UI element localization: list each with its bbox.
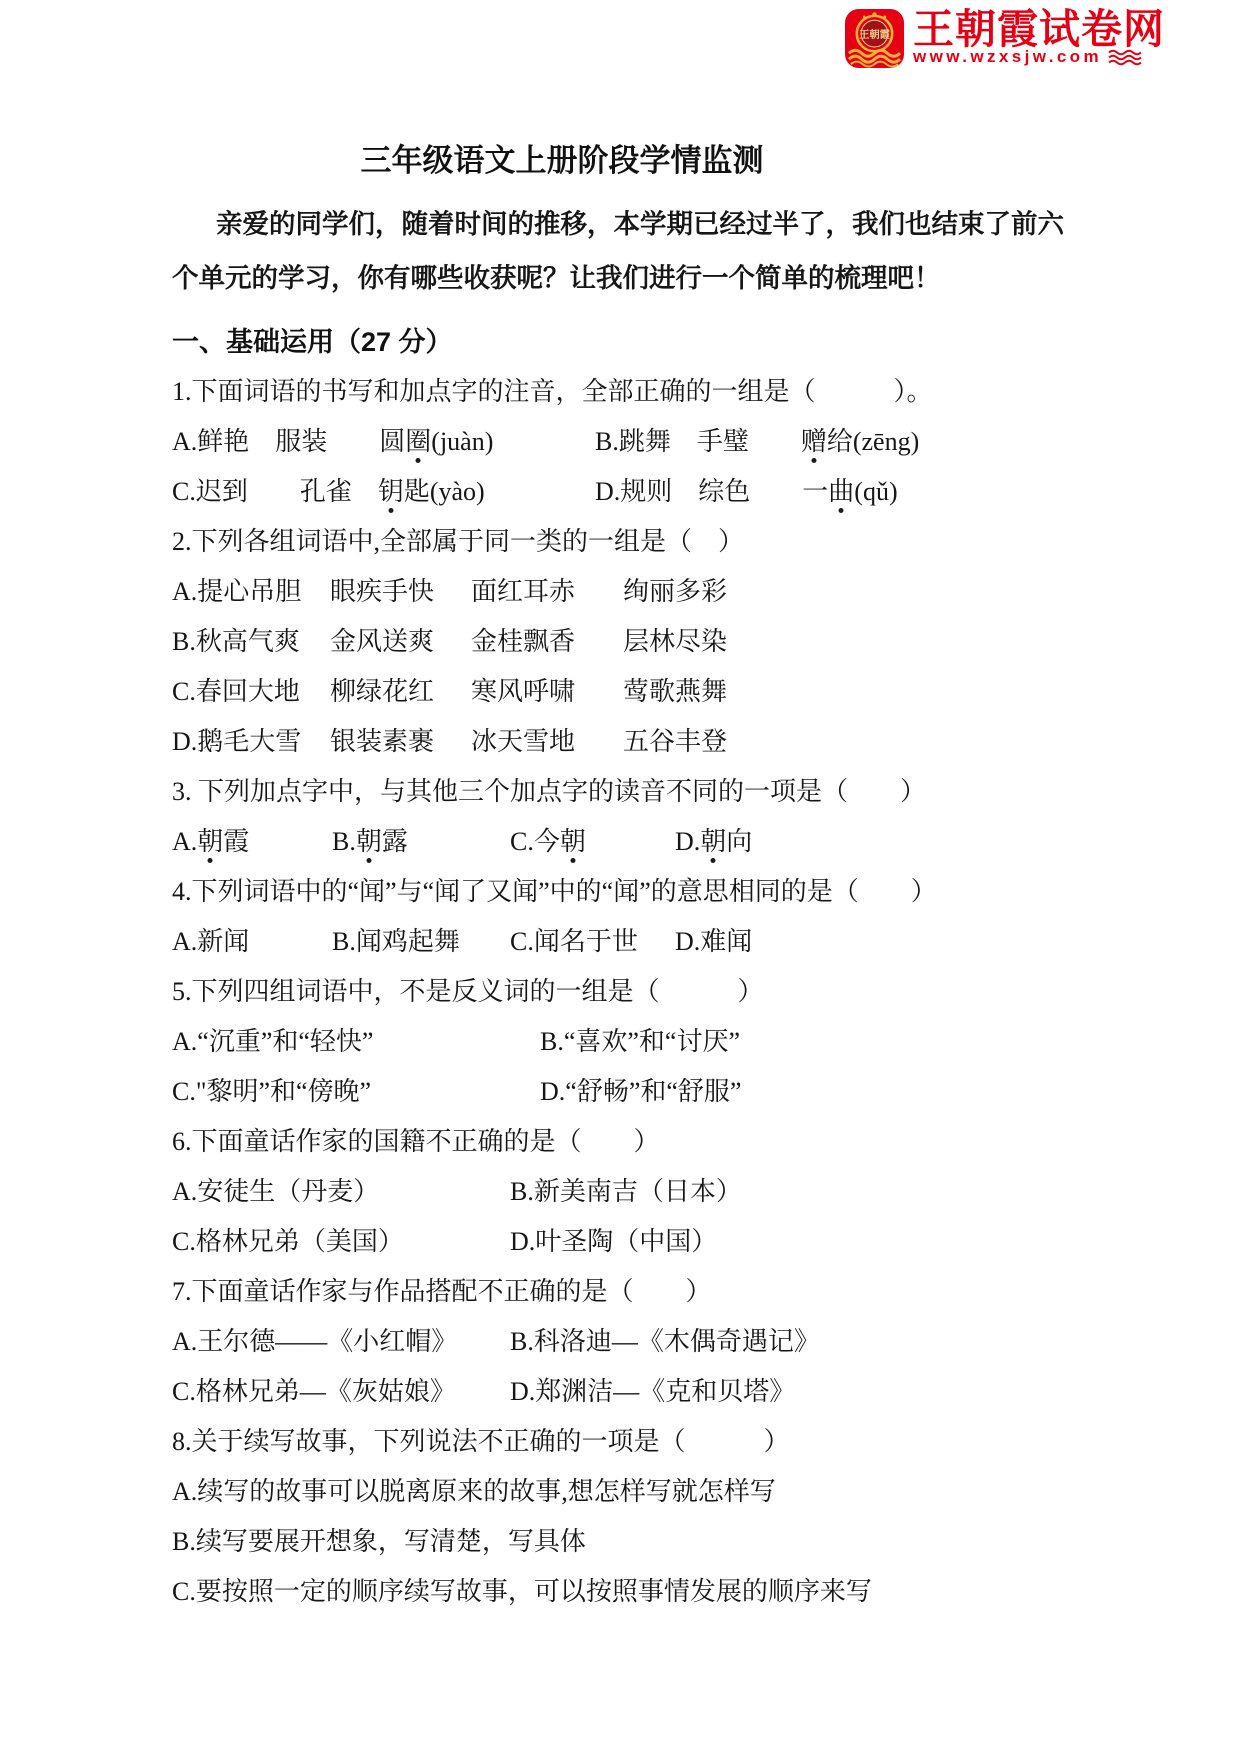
q1-option-b-dotted-char: 赠	[801, 428, 827, 457]
q1-option-d-pre: D.规则 综色 一	[595, 477, 828, 506]
q3-option-b: B.朝露	[332, 817, 510, 867]
q1-option-c: C.迟到 孔雀 钥匙(yào)	[172, 467, 595, 517]
q1-option-a-dotted-char: 圈	[405, 428, 431, 457]
q3-option-b-pre: B.	[332, 827, 356, 856]
brand-url-row: www.wzxsjw.com	[913, 47, 1165, 67]
q5-option-c: C."黎明”和“傍晚”	[172, 1067, 540, 1117]
q6-option-a: A.安徒生（丹麦）	[172, 1167, 510, 1217]
question-8-stem: 8.关于续写故事，下列说法不正确的一项是（ ）	[172, 1417, 1100, 1467]
q2-a-word-3: 面红耳赤	[471, 567, 623, 617]
q2-b-word-4: 层林尽染	[623, 617, 1100, 667]
q7-option-b: B.科洛迪—《木偶奇遇记》	[510, 1317, 1100, 1367]
exam-content: 三年级语文上册阶段学情监测 亲爱的同学们，随着时间的推移，本学期已经过半了，我们…	[172, 138, 1100, 1617]
q3-option-d-dotted-char: 朝	[700, 828, 726, 857]
doc-title: 三年级语文上册阶段学情监测	[172, 138, 952, 184]
q1-option-a-post: (juàn)	[431, 427, 493, 456]
q5-option-b: B.“喜欢”和“讨厌”	[540, 1017, 1100, 1067]
question-2-option-c: C.春回大地 柳绿花红 寒风呼啸 莺歌燕舞	[172, 667, 1100, 717]
q4-option-d: D.难闻	[675, 917, 1100, 967]
q1-option-c-pre: C.迟到 孔雀	[172, 477, 378, 506]
question-2-stem: 2.下列各组词语中,全部属于同一类的一组是（ ）	[172, 517, 1100, 567]
q4-option-a: A.新闻	[172, 917, 332, 967]
q7-option-c: C.格林兄弟—《灰姑娘》	[172, 1367, 510, 1417]
q6-option-d: D.叶圣陶（中国）	[510, 1217, 1100, 1267]
q1-option-c-dotted-char: 钥	[378, 478, 404, 507]
brand-name: 王朝霞试卷网	[913, 8, 1165, 50]
exam-page: 王朝霞 王朝霞试卷网 www.wzxsjw.com 三年级语文上册阶段学情监测 …	[0, 0, 1240, 1754]
question-7-options-row-1: A.王尔德——《小红帽》 B.科洛迪—《木偶奇遇记》	[172, 1317, 1100, 1367]
intro-line-1: 亲爱的同学们，随着时间的推移，本学期已经过半了，我们也结束了前六	[172, 205, 1100, 243]
question-1-options-row-2: C.迟到 孔雀 钥匙(yào) D.规则 综色 一曲(qǔ)	[172, 467, 1100, 517]
question-3-options-row: A.朝霞 B.朝露 C.今朝 D.朝向	[172, 817, 1100, 867]
q3-option-d: D.朝向	[675, 817, 1100, 867]
q5-option-a: A.“沉重”和“轻快”	[172, 1017, 540, 1067]
question-5-options-row-1: A.“沉重”和“轻快” B.“喜欢”和“讨厌”	[172, 1017, 1100, 1067]
q6-option-c: C.格林兄弟（美国）	[172, 1217, 510, 1267]
question-7-stem: 7.下面童话作家与作品搭配不正确的是（ ）	[172, 1267, 1100, 1317]
q3-option-d-post: 向	[726, 827, 752, 856]
q3-option-a-pre: A.	[172, 827, 197, 856]
q1-option-d-dotted-char: 曲	[828, 478, 854, 507]
q3-option-c: C.今朝	[510, 817, 675, 867]
q1-option-a-pre: A.鲜艳 服装 圆	[172, 427, 405, 456]
q3-option-b-dotted-char: 朝	[356, 828, 382, 857]
q2-d-word-1: D.鹅毛大雪	[172, 717, 330, 767]
q2-d-word-3: 冰天雪地	[471, 717, 623, 767]
question-5-stem: 5.下列四组词语中，不是反义词的一组是（ ）	[172, 967, 1100, 1017]
q2-b-word-3: 金桂飘香	[471, 617, 623, 667]
brand-url: www.wzxsjw.com	[913, 47, 1102, 67]
question-5-options-row-2: C."黎明”和“傍晚” D.“舒畅”和“舒服”	[172, 1067, 1100, 1117]
q1-option-b-pre: B.跳舞 手璧	[595, 427, 801, 456]
q2-b-word-2: 金风送爽	[330, 617, 471, 667]
question-8-option-a: A.续写的故事可以脱离原来的故事,想怎样写就怎样写	[172, 1467, 1100, 1517]
question-6-options-row-1: A.安徒生（丹麦） B.新美南吉（日本）	[172, 1167, 1100, 1217]
brand-logo: 王朝霞 王朝霞试卷网 www.wzxsjw.com	[844, 8, 1165, 69]
section-heading: 一、基础运用（27 分）	[172, 323, 1100, 361]
q2-c-word-1: C.春回大地	[172, 667, 330, 717]
q7-option-d: D.郑渊洁—《克和贝塔》	[510, 1367, 1100, 1417]
q1-option-b-post: 给(zēng)	[827, 427, 919, 456]
intro-line-2: 个单元的学习，你有哪些收获呢？让我们进行一个简单的梳理吧！	[172, 259, 1100, 297]
question-3-stem: 3. 下列加点字中，与其他三个加点字的读音不同的一项是（ ）	[172, 767, 1100, 817]
q2-c-word-3: 寒风呼啸	[471, 667, 623, 717]
q2-d-word-4: 五谷丰登	[623, 717, 1100, 767]
q1-option-c-post: 匙(yào)	[404, 477, 485, 506]
q2-a-word-1: A.提心吊胆	[172, 567, 330, 617]
q2-c-word-2: 柳绿花红	[330, 667, 471, 717]
q2-b-word-1: B.秋高气爽	[172, 617, 330, 667]
question-7-options-row-2: C.格林兄弟—《灰姑娘》 D.郑渊洁—《克和贝塔》	[172, 1367, 1100, 1417]
question-list: 1.下面词语的书写和加点字的注音，全部正确的一组是（ ）。 A.鲜艳 服装 圆圈…	[172, 367, 1100, 1617]
q3-option-a: A.朝霞	[172, 817, 332, 867]
brand-badge-icon: 王朝霞	[844, 8, 905, 69]
q2-a-word-4: 绚丽多彩	[623, 567, 1100, 617]
question-2-option-a: A.提心吊胆 眼疾手快 面红耳赤 绚丽多彩	[172, 567, 1100, 617]
question-2-option-d: D.鹅毛大雪 银装素裹 冰天雪地 五谷丰登	[172, 717, 1100, 767]
q1-option-a: A.鲜艳 服装 圆圈(juàn)	[172, 417, 595, 467]
question-6-stem: 6.下面童话作家的国籍不正确的是（ ）	[172, 1117, 1100, 1167]
q2-a-word-2: 眼疾手快	[330, 567, 471, 617]
q1-option-b: B.跳舞 手璧 赠给(zēng)	[595, 417, 1100, 467]
q2-d-word-2: 银装素裹	[330, 717, 471, 767]
q3-option-a-post: 霞	[223, 827, 249, 856]
question-1-stem: 1.下面词语的书写和加点字的注音，全部正确的一组是（ ）。	[172, 367, 1100, 417]
question-4-stem: 4.下列词语中的“闻”与“闻了又闻”中的“闻”的意思相同的是（ ）	[172, 867, 1100, 917]
q3-option-d-pre: D.	[675, 827, 700, 856]
q6-option-b: B.新美南吉（日本）	[510, 1167, 1100, 1217]
brand-badge-text: 王朝霞	[859, 28, 891, 41]
q3-option-a-dotted-char: 朝	[197, 828, 223, 857]
question-1-options-row-1: A.鲜艳 服装 圆圈(juàn) B.跳舞 手璧 赠给(zēng)	[172, 417, 1100, 467]
q3-option-c-dotted-char: 朝	[560, 828, 586, 857]
q1-option-d-post: (qǔ)	[854, 477, 897, 506]
question-8-option-c: C.要按照一定的顺序续写故事，可以按照事情发展的顺序来写	[172, 1567, 1100, 1617]
q4-option-c: C.闻名于世	[510, 917, 675, 967]
url-waves-icon	[1107, 48, 1143, 66]
q3-option-c-pre: C.今	[510, 827, 560, 856]
question-8-option-b: B.续写要展开想象，写清楚，写具体	[172, 1517, 1100, 1567]
q2-c-word-4: 莺歌燕舞	[623, 667, 1100, 717]
q4-option-b: B.闻鸡起舞	[332, 917, 510, 967]
question-2-option-b: B.秋高气爽 金风送爽 金桂飘香 层林尽染	[172, 617, 1100, 667]
q3-option-b-post: 露	[382, 827, 408, 856]
q5-option-d: D.“舒畅”和“舒服”	[540, 1067, 1100, 1117]
question-6-options-row-2: C.格林兄弟（美国） D.叶圣陶（中国）	[172, 1217, 1100, 1267]
question-4-options-row: A.新闻 B.闻鸡起舞 C.闻名于世 D.难闻	[172, 917, 1100, 967]
brand-text-block: 王朝霞试卷网 www.wzxsjw.com	[913, 8, 1165, 67]
q7-option-a: A.王尔德——《小红帽》	[172, 1317, 510, 1367]
q1-option-d: D.规则 综色 一曲(qǔ)	[595, 467, 1100, 517]
